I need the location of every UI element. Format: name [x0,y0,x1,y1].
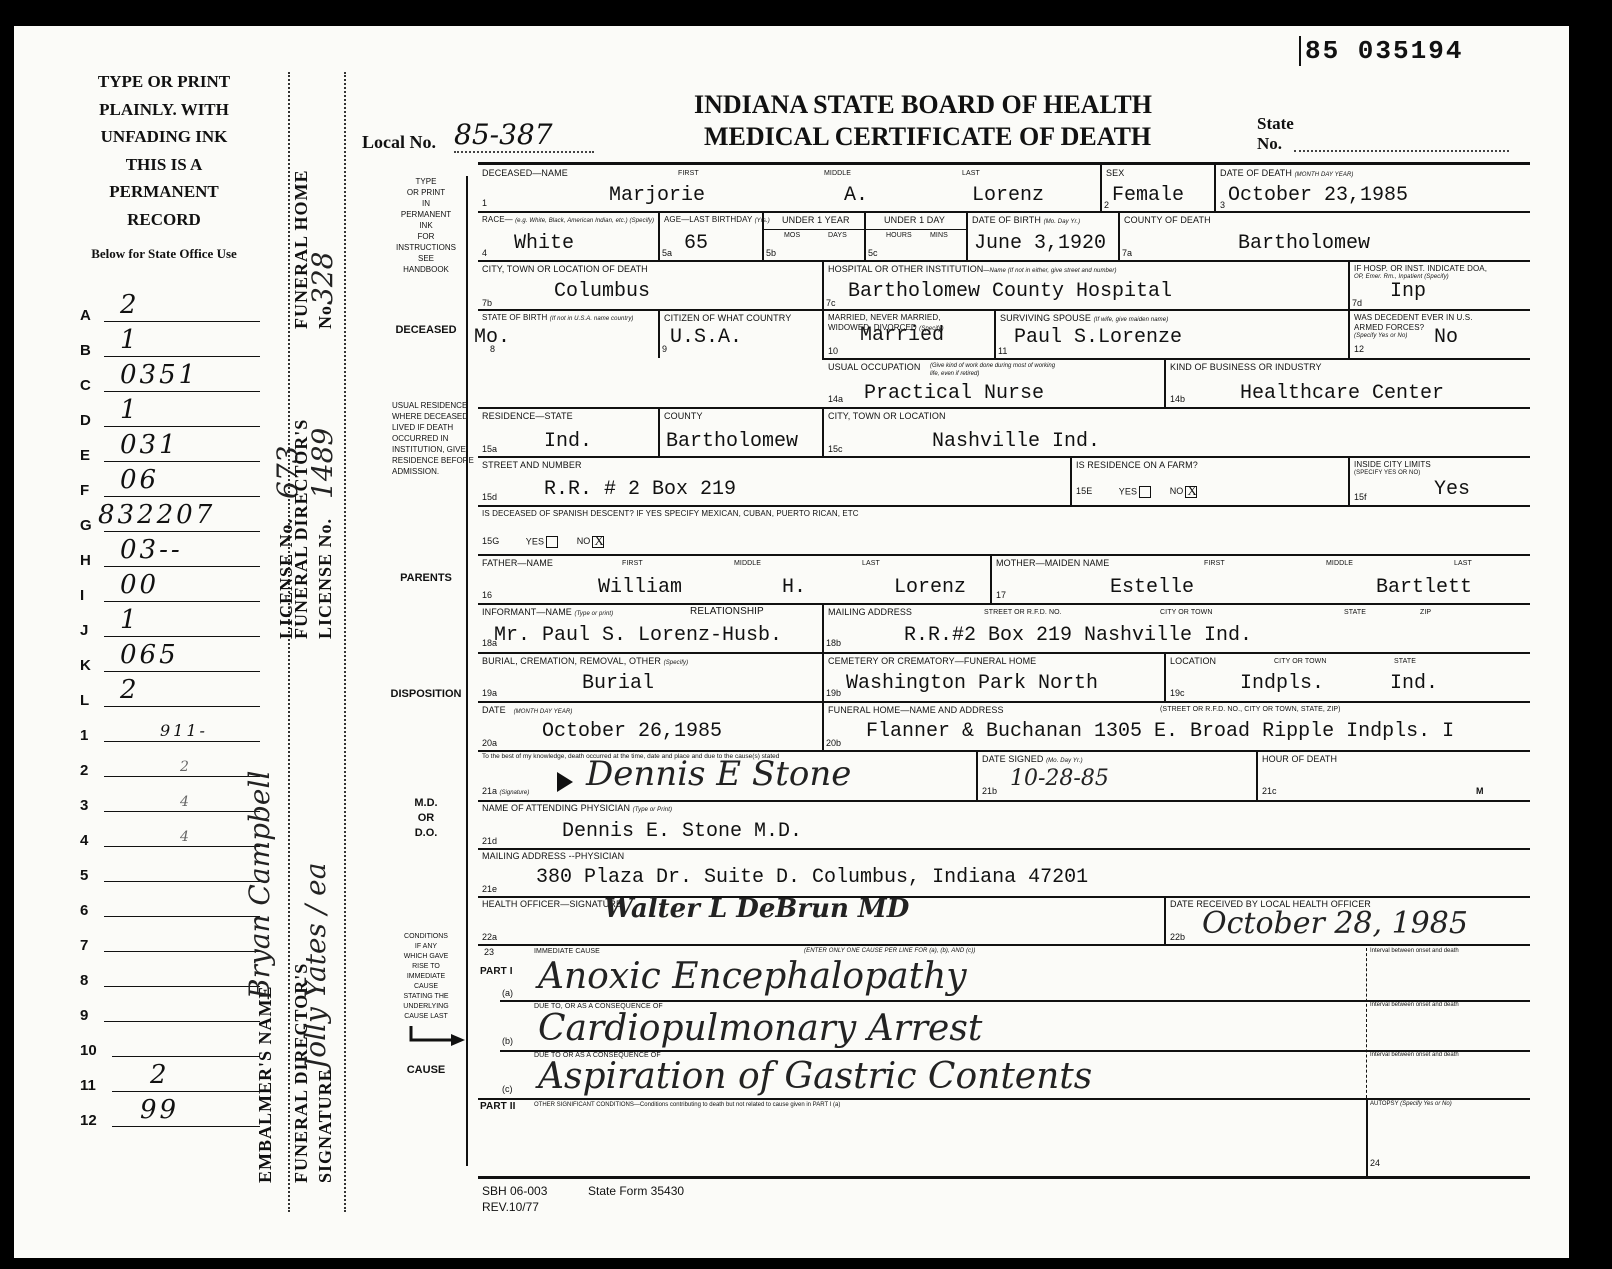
field-num: 9 [662,344,667,354]
res-street-value[interactable]: R.R. # 2 Box 219 [544,478,736,501]
street-label: STREET OR R.F.D. NO. [984,609,1062,616]
instruction-line: PERMANENT [74,178,254,206]
field-num: 19c [1170,688,1185,698]
first-label: FIRST [622,560,643,567]
date-of-death-label: DATE OF DEATH (MONTH DAY YEAR) [1220,168,1354,178]
title-line-1: INDIANA STATE BOARD OF HEALTH [694,90,1152,120]
informant-value[interactable]: Mr. Paul S. Lorenz-Husb. [494,624,782,647]
code-key: 4 [80,832,104,849]
code-line [112,1126,260,1127]
mailing-label: MAILING ADDRESS [828,607,912,617]
instructions-block: TYPE OR PRINT PLAINLY. WITH UNFADING INK… [74,68,254,233]
cause-letter: (c) [502,1084,513,1094]
code-key: F [80,482,104,499]
last-label: LAST [962,170,980,177]
interval-divider [1366,948,1367,1098]
under-1-year-label: UNDER 1 YEAR [782,215,850,225]
code-key: 3 [80,797,104,814]
code-value: 1 [120,395,140,425]
section-parents: PARENTS [374,572,478,584]
hour-suffix: M [1476,786,1484,796]
fd-license-no-value: 1489 [306,428,339,499]
sex-value[interactable]: Female [1112,184,1184,207]
marital-status-value[interactable]: Married [860,324,944,347]
code-row-h[interactable]: H03-- [80,539,260,569]
code-row-c[interactable]: C0351 [80,364,260,394]
code-key: D [80,412,104,429]
race-label: RACE— (e.g. White, Black, American India… [482,215,654,224]
farm-label: IS RESIDENCE ON A FARM? [1076,460,1198,470]
local-no-value: 85-387 [454,118,594,153]
state-no-label-1: State [1257,114,1294,134]
funeral-home-no-value: 328 [306,252,339,305]
armed-forces-value[interactable]: No [1434,326,1458,349]
field-num: 23 [484,947,494,957]
physician-address-label: MAILING ADDRESS --PHYSICIAN [482,851,624,861]
physician-signature[interactable]: Dennis E Stone [586,754,851,794]
embalmer-name-value: Bryan Campbell [243,771,276,999]
field-num: 15d [482,492,497,502]
field-num: 18a [482,638,497,648]
funeral-home-label: FUNERAL HOME—NAME AND ADDRESS [828,705,1004,715]
marital-label: MARRIED, NEVER MARRIED, [828,313,941,322]
code-row-b[interactable]: B1 [80,329,260,359]
code-key: J [80,622,104,639]
field-num: 12 [1354,344,1364,354]
code-key: 11 [80,1077,104,1094]
death-certificate: 85 035194 INDIANA STATE BOARD OF HEALTH … [14,26,1569,1258]
code-value: 99 [140,1095,179,1125]
code-line [112,1091,260,1092]
father-middle-name[interactable]: H. [782,576,806,599]
code-key: B [80,342,104,359]
field-num: 21c [1262,786,1277,796]
funeral-home-value[interactable]: Flanner & Buchanan 1305 E. Broad Ripple … [866,720,1454,743]
spanish-yes-checkbox[interactable] [546,536,558,548]
health-officer-signature[interactable]: Walter L DeBrun MD [604,894,909,924]
code-value: 4 [180,794,192,810]
code-row-i[interactable]: I00 [80,574,260,604]
code-value: 832207 [98,500,215,530]
field-num: 18b [826,638,841,648]
date-signed-label: DATE SIGNED (Mo. Day Yr.) [982,754,1083,764]
code-line [112,1056,260,1057]
instruction-line: PLAINLY. WITH [74,96,254,124]
field-num: 15f [1354,492,1367,502]
code-value: 031 [120,430,179,460]
part-2-label: PART II [480,1101,516,1112]
code-key: 6 [80,902,104,919]
hospital-label: HOSPITAL OR OTHER INSTITUTION—Name (If n… [828,264,1117,274]
dotted-divider [288,72,290,1212]
age-label: AGE—Last Birthday (Yrs.) [664,215,770,224]
code-value: 06 [120,465,159,495]
code-row-a[interactable]: A2 [80,294,260,324]
form-bottom-border [478,1176,1530,1179]
citizen-value[interactable]: U.S.A. [670,326,742,349]
field-num: 7a [1122,248,1132,258]
code-row-g[interactable]: G832207 [80,504,260,534]
mailing-address-value[interactable]: R.R.#2 Box 219 Nashville Ind. [904,624,1252,647]
burial-value[interactable]: Burial [582,672,654,695]
section-md-do: M.D.ORD.O. [374,796,478,841]
code-row-4[interactable]: 44 [80,819,260,849]
field-num: 14a [828,394,843,404]
code-value: 2 [150,1060,170,1090]
mother-last-name[interactable]: Bartlett [1376,576,1472,599]
state-of-birth-value[interactable]: Mo. [474,326,510,349]
field-num: 20a [482,738,497,748]
code-value: 1 [120,605,140,635]
occupation-sub: (Give kind of work done during most of w… [930,362,1060,378]
physician-label: NAME OF ATTENDING PHYSICIAN (Type or Pri… [482,803,672,813]
code-line [104,636,260,637]
disposition-date-value[interactable]: October 26,1985 [542,720,722,743]
field-num: 14b [1170,394,1185,404]
interval-label-a: Interval between onset and death [1370,948,1459,954]
field-num: 21b [982,786,997,796]
code-key: 5 [80,867,104,884]
city-of-death-label: CITY, TOWN OR LOCATION OF DEATH [482,264,648,274]
field-num: 11 [998,346,1007,356]
farm-options: 15e YES NO [1076,486,1203,498]
code-line [104,951,260,952]
father-first-name[interactable]: William [598,576,682,599]
code-row-9[interactable]: 9 [80,994,260,1024]
under-1-day-label: UNDER 1 DAY [884,215,945,225]
city-limits-value[interactable]: Yes [1434,478,1470,501]
father-last-name[interactable]: Lorenz [894,576,966,599]
code-value: 1 [120,325,140,355]
code-row-2[interactable]: 22 [80,749,260,779]
spanish-no-checkbox[interactable] [592,536,604,548]
res-state-label: RESIDENCE—STATE [482,411,573,421]
spanish-options: 15g YES NO [482,536,610,548]
fd-license-no-label: LICENSE No. [315,518,336,639]
mins-label: MINS [930,232,948,239]
embalmer-label: EMBALMER'S NAME [255,985,276,1183]
code-key: I [80,587,104,604]
spanish-label: IS DECEASED OF SPANISH DESCENT? IF YES S… [482,509,859,518]
health-officer-label: HEALTH OFFICER—SIGNATURE [482,899,622,909]
armed-forces-sub: (Specify Yes or No) [1354,333,1407,339]
instruction-line: RECORD [74,206,254,234]
code-key: 1 [80,727,104,744]
mother-first-name[interactable]: Estelle [1110,576,1194,599]
field-num: 20b [826,738,841,748]
form-left-border [466,176,468,1166]
middle-label: MIDDLE [824,170,851,177]
form-top-border [478,162,1530,165]
interval-label-b: Interval between onset and death [1370,1002,1459,1008]
code-row-k[interactable]: K065 [80,644,260,674]
code-key: 10 [80,1042,104,1059]
code-row-d[interactable]: D1 [80,399,260,429]
play-arrow-icon [557,772,573,792]
cause-b-value[interactable]: Cardiopulmonary Arrest [538,1008,982,1049]
code-line [104,531,260,532]
code-line [104,461,260,462]
section-cause: CAUSE [374,1064,478,1076]
city-label: CITY OR TOWN [1274,658,1327,665]
res-city-value[interactable]: Nashville Ind. [932,430,1100,453]
code-line [104,671,260,672]
city-limits-label: INSIDE CITY LIMITS [1354,460,1431,469]
form-code: SBH 06-003 [482,1184,547,1198]
code-line [104,426,260,427]
code-row-5[interactable]: 5 [80,854,260,884]
funeral-home-label: FUNERAL HOME [291,169,312,329]
code-row-11[interactable]: 112 [80,1064,260,1094]
code-line [104,706,260,707]
section-deceased: DECEASED [374,324,478,336]
immediate-cause-label: IMMEDIATE CAUSE [534,948,600,955]
cause-c-value[interactable]: Aspiration of Gastric Contents [538,1056,1092,1097]
code-key: K [80,657,104,674]
code-value: 2 [180,759,192,775]
field-num: 16 [482,590,492,600]
field-num: 7c [826,298,836,308]
last-label: LAST [862,560,880,567]
field-num: 19b [826,688,841,698]
city-limits-sub: (SPECIFY YES OR NO) [1354,470,1420,476]
code-value: 4 [180,829,192,845]
field-num: 15c [828,444,843,454]
code-row-8[interactable]: 8 [80,959,260,989]
field-num: 7b [482,298,492,308]
code-line [104,356,260,357]
physician-name-value[interactable]: Dennis E. Stone M.D. [562,820,802,843]
field-num: 10 [828,346,838,356]
interval-label-c: Interval between onset and death [1370,1052,1459,1058]
code-line [104,321,260,322]
certificate-number: 85 035194 [1299,36,1463,66]
spouse-label: SURVIVING SPOUSE (If wife, give maiden n… [1000,313,1168,323]
instruction-line: THIS IS A [74,151,254,179]
fd-signature-value: Jolly Yates / ea [299,863,332,1069]
code-line [104,881,260,882]
burial-label: BURIAL, CREMATION, REMOVAL, OTHER (Speci… [482,656,688,666]
state-office-label: Below for State Office Use [54,246,274,262]
dob-label: DATE OF BIRTH (Mo. Day Yr.) [972,215,1080,225]
code-row-e[interactable]: E031 [80,434,260,464]
occupation-label: USUAL OCCUPATION [828,362,920,372]
code-key: H [80,552,104,569]
days-label: DAYS [828,232,847,239]
code-row-l[interactable]: L2 [80,679,260,709]
code-row-7[interactable]: 7 [80,924,260,954]
state-no-label-2: No. [1257,134,1282,154]
res-county-value[interactable]: Bartholomew [666,430,798,453]
armed-forces-label: WAS DECEDENT EVER IN U.S. [1354,313,1473,322]
last-label: LAST [1454,560,1472,567]
section-disposition: DISPOSITION [374,688,478,700]
part-1-label: PART I [480,966,513,977]
father-label: FATHER—NAME [482,558,553,568]
cause-letter: (b) [502,1036,513,1046]
code-line [104,811,260,812]
code-line [104,601,260,602]
fd-signature-label-2: SIGNATURE [315,1068,336,1183]
field-num: 22b [1170,932,1185,942]
autopsy-label: AUTOPSY (Specify Yes or No) [1370,1101,1452,1107]
code-line [104,1021,260,1022]
hosp-status-label: IF HOSP. OR INST. Indicate DOA, [1354,264,1487,273]
field-num: 17 [996,590,1006,600]
deceased-middle-name[interactable]: A. [844,184,868,207]
code-row-12[interactable]: 1299 [80,1099,260,1129]
hospital-value[interactable]: Bartholomew County Hospital [848,280,1172,303]
mother-label: MOTHER—MAIDEN NAME [996,558,1109,568]
code-line [104,986,260,987]
spouse-value[interactable]: Paul S.Lorenze [1014,326,1182,349]
farm-yes-checkbox[interactable] [1139,486,1151,498]
middle-label: MIDDLE [734,560,761,567]
location-label: LOCATION [1170,656,1216,666]
field-num: 21a (Signature) [482,786,529,796]
city-of-death-value[interactable]: Columbus [554,280,650,303]
arrow-icon [409,1026,469,1046]
code-line [104,916,260,917]
field-num: 22a [482,932,497,942]
deceased-first-name[interactable]: Marjorie [609,184,705,207]
code-line [104,391,260,392]
field-num: 1 [482,198,487,208]
conditions-note: CONDITIONSIF ANYWHICH GAVERISE TOIMMEDIA… [374,932,478,1022]
code-key: 9 [80,1007,104,1024]
state-no-field[interactable] [1294,150,1509,152]
code-line [104,496,260,497]
field-num: 2 [1104,200,1109,210]
type-print-note: TYPEOR PRINTINPERMANENTINKFORINSTRUCTION… [374,176,478,275]
res-city-label: CITY, TOWN OR LOCATION [828,411,946,421]
code-line [104,776,260,777]
industry-label: KIND OF BUSINESS OR INDUSTRY [1170,362,1322,372]
first-label: FIRST [678,170,699,177]
date-of-birth-value[interactable]: June 3,1920 [974,232,1106,255]
field-num: 5b [766,248,776,258]
farm-no-checkbox[interactable] [1185,486,1197,498]
code-line [104,846,260,847]
instruction-line: TYPE OR PRINT [74,68,254,96]
occupation-value[interactable]: Practical Nurse [864,382,1044,405]
date-of-death-value[interactable]: October 23,1985 [1228,184,1408,207]
sex-label: SEX [1106,168,1124,178]
state-label: STATE [1394,658,1416,665]
field-num: 21d [482,836,497,846]
form-rev: REV.10/77 [482,1200,539,1214]
code-value: 911- [160,721,208,740]
first-label: FIRST [1204,560,1225,567]
cemetery-value[interactable]: Washington Park North [846,672,1098,695]
code-key: 8 [80,972,104,989]
hosp-status-value[interactable]: Inp [1390,280,1426,303]
local-no-label: Local No. [362,132,436,153]
field-num: 19a [482,688,497,698]
cemetery-label: CEMETERY OR CREMATORY—FUNERAL HOME [828,656,1036,666]
code-key: 7 [80,937,104,954]
informant-label: INFORMANT—NAME (Type or print) [482,607,613,617]
res-county-label: COUNTY [664,411,703,421]
mos-label: MOS [784,232,800,239]
code-key: C [80,377,104,394]
code-row-6[interactable]: 6 [80,889,260,919]
dotted-divider [344,72,346,1212]
title-line-2: MEDICAL CERTIFICATE OF DEATH [704,122,1151,152]
cause-instruction: (ENTER ONLY ONE CAUSE PER LINE FOR (a), … [804,948,975,954]
field-num: 4 [482,248,487,258]
county-of-death-label: COUNTY OF DEATH [1124,215,1211,225]
age-value[interactable]: 65 [684,232,708,255]
physician-address-value[interactable]: 380 Plaza Dr. Suite D. Columbus, Indiana… [536,866,1088,889]
relationship-label: RELATIONSHIP [690,606,764,617]
code-value: 03-- [120,535,183,565]
cause-letter: (a) [502,988,513,998]
field-num: 15a [482,444,497,454]
state-of-birth-label: STATE OF BIRTH (If not in U.S.A. name co… [482,313,634,322]
res-state-value[interactable]: Ind. [544,430,592,453]
citizen-label: CITIZEN OF WHAT COUNTRY [664,313,791,323]
hour-of-death-label: HOUR OF DEATH [1262,754,1337,764]
code-key: 12 [80,1112,104,1129]
state-form: State Form 35430 [588,1184,684,1198]
funeral-home-sub: (STREET OR R.F.D. NO., CITY OR TOWN, STA… [1160,706,1341,713]
res-street-label: STREET AND NUMBER [482,460,582,470]
date-received-value[interactable]: October 28, 1985 [1202,906,1468,941]
code-key: L [80,692,104,709]
disp-date-label: DATE (MONTH DAY YEAR) [482,705,573,715]
field-num: 5c [868,248,878,258]
deceased-last-name[interactable]: Lorenz [972,184,1044,207]
zip-label: ZIP [1420,609,1431,616]
code-value: 065 [120,640,179,670]
instruction-line: UNFADING INK [74,123,254,151]
code-row-f[interactable]: F06 [80,469,260,499]
code-line [104,566,260,567]
code-value: 2 [120,675,140,705]
location-state-value[interactable]: Ind. [1390,672,1438,695]
field-num: 5a [662,248,672,258]
code-value: 0351 [120,360,198,390]
city-label: CITY OR TOWN [1160,609,1213,616]
usual-residence-note: USUAL RESIDENCEWHERE DECEASEDLIVED IF DE… [392,400,482,477]
field-num: 24 [1370,1158,1380,1168]
race-value[interactable]: White [514,232,574,255]
field-num: 7d [1352,298,1362,308]
code-key: A [80,307,104,324]
code-row-10[interactable]: 10 [80,1029,260,1059]
code-row-1[interactable]: 1911- [80,714,260,744]
code-line [104,741,260,742]
location-city-value[interactable]: Indpls. [1240,672,1324,695]
middle-label: MIDDLE [1326,560,1353,567]
state-label: STATE [1344,609,1366,616]
code-row-3[interactable]: 34 [80,784,260,814]
code-value: 2 [120,290,140,320]
other-conditions-label: OTHER SIGNIFICANT CONDITIONS—Conditions … [534,1102,840,1108]
code-row-j[interactable]: J1 [80,609,260,639]
code-value: 00 [120,570,159,600]
county-of-death-value[interactable]: Bartholomew [1238,232,1370,255]
armed-forces-label-2: ARMED FORCES? [1354,323,1424,332]
code-key: E [80,447,104,464]
industry-value[interactable]: Healthcare Center [1240,382,1444,405]
hours-label: HOURS [886,232,912,239]
field-num: 21e [482,884,497,894]
date-signed-value[interactable]: 10-28-85 [1010,766,1109,791]
cause-a-value[interactable]: Anoxic Encephalopathy [538,956,967,997]
field-num: 3 [1220,200,1225,210]
